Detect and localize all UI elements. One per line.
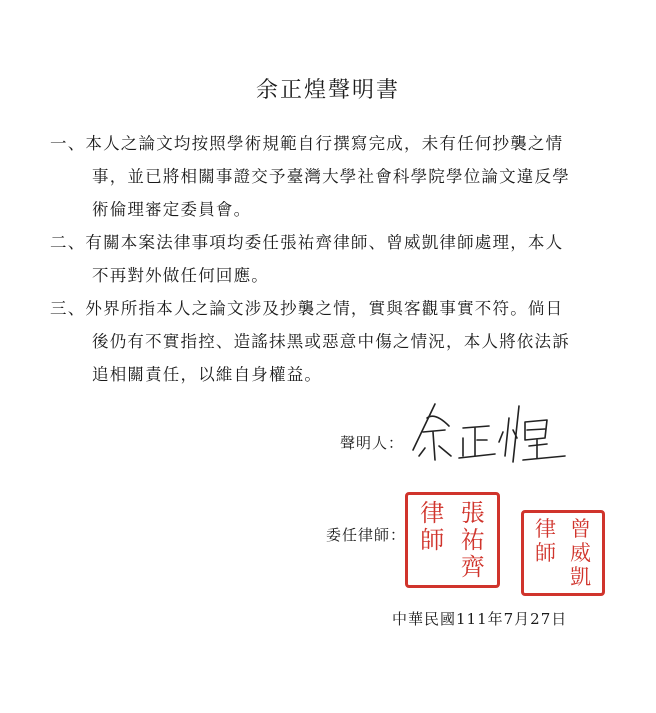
lawyer-label: 委任律師： [326,524,406,545]
handwritten-signature-icon [405,398,605,468]
item-line: 本人之論文均按照學術規範自行撰寫完成，未有任何抄襲之情 [85,134,563,153]
item-line: 事，並已將相關事證交予臺灣大學社會科學院學位論文違反學 [50,160,630,193]
item-line: 有關本案法律事項均委任張祐齊律師、曾威凱律師處理，本人 [85,233,563,252]
seal-char: 曾 [570,519,591,540]
item-line: 後仍有不實指控、造謠抹黑或惡意中傷之情況，本人將依法訴 [50,325,630,358]
statement-item-2: 二、有關本案法律事項均委任張祐齊律師、曾威凱律師處理，本人 不再對外做任何回應。 [50,226,630,292]
declarant-label: 聲明人： [340,432,404,453]
seal-char: 齊 [461,555,485,579]
seal-char: 律 [420,501,444,525]
item-number: 一、 [50,134,85,153]
seal-char: 師 [535,543,556,564]
item-line: 不再對外做任何回應。 [50,259,630,292]
lawyer-seal-chang: 律 張 師 祐 齊 [405,492,500,588]
seal-char: 凱 [570,567,591,588]
item-number: 二、 [50,233,85,252]
seal-char: 張 [461,501,485,525]
item-line: 術倫理審定委員會。 [50,193,630,226]
item-line: 外界所指本人之論文涉及抄襲之情，實與客觀事實不符。倘日 [85,299,563,318]
seal-char: 祐 [461,528,485,552]
lawyer-seal-tseng: 律 曾 師 威 凱 [521,510,605,596]
item-line: 追相關責任，以維自身權益。 [50,358,630,391]
seal-char: 律 [535,519,556,540]
statement-item-1: 一、本人之論文均按照學術規範自行撰寫完成，未有任何抄襲之情 事，並已將相關事證交… [50,127,630,226]
seal-char: 師 [420,528,444,552]
seal-char: 威 [570,543,591,564]
statement-title: 余正煌聲明書 [0,73,656,104]
statement-date: 中華民國111年7月27日 [392,608,567,629]
item-number: 三、 [50,299,85,318]
declarant-signature [405,398,605,472]
statement-item-3: 三、外界所指本人之論文涉及抄襲之情，實與客觀事實不符。倘日 後仍有不實指控、造謠… [50,292,630,391]
